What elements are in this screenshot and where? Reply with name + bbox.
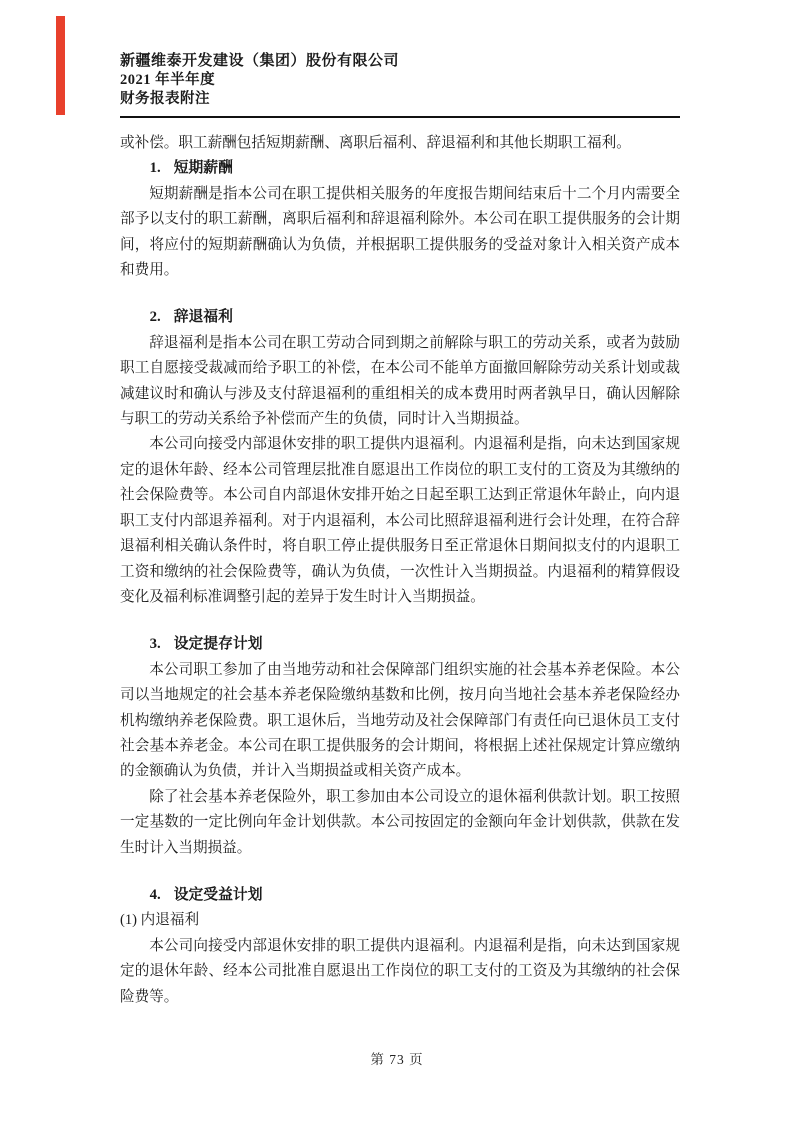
section-heading-4: 4.设定受益计划: [120, 883, 680, 908]
page-content: 新疆维泰开发建设（集团）股份有限公司 2021 年半年度 财务报表附注 或补偿。…: [120, 52, 680, 1010]
section-paragraph: 本公司向接受内部退休安排的职工提供内退福利。内退福利是指，向未达到国家规定的退休…: [120, 934, 680, 1010]
section-defined-benefit-plan: 4.设定受益计划 (1) 内退福利 本公司向接受内部退休安排的职工提供内退福利。…: [120, 883, 680, 1010]
section-title: 辞退福利: [174, 309, 233, 325]
section-paragraph: 辞退福利是指本公司在职工劳动合同到期之前解除与职工的劳动关系，或者为鼓励职工自愿…: [120, 331, 680, 433]
document-page: 新疆维泰开发建设（集团）股份有限公司 2021 年半年度 财务报表附注 或补偿。…: [0, 0, 794, 1123]
sub-item-label: (1) 内退福利: [120, 908, 680, 933]
company-name: 新疆维泰开发建设（集团）股份有限公司: [120, 52, 680, 71]
intro-paragraph: 或补偿。职工薪酬包括短期薪酬、离职后福利、辞退福利和其他长期职工福利。: [120, 131, 680, 156]
page-number: 第 73 页: [0, 1048, 794, 1068]
section-title: 设定受益计划: [174, 887, 263, 903]
revision-marker-bar: [56, 16, 65, 115]
section-paragraph: 除了社会基本养老保险外，职工参加由本公司设立的退休福利供款计划。职工按照一定基数…: [120, 785, 680, 861]
report-period: 2021 年半年度: [120, 71, 680, 90]
section-number: 2.: [150, 309, 161, 325]
section-heading-1: 1.短期薪酬: [120, 156, 680, 181]
header-divider: [120, 116, 680, 118]
section-title: 设定提存计划: [174, 636, 263, 652]
section-paragraph: 本公司职工参加了由当地劳动和社会保障部门组织实施的社会基本养老保险。本公司以当地…: [120, 658, 680, 785]
document-header: 新疆维泰开发建设（集团）股份有限公司 2021 年半年度 财务报表附注: [120, 52, 680, 118]
section-heading-2: 2.辞退福利: [120, 305, 680, 330]
section-number: 1.: [150, 160, 161, 176]
section-paragraph: 本公司向接受内部退休安排的职工提供内退福利。内退福利是指，向未达到国家规定的退休…: [120, 432, 680, 610]
section-title: 短期薪酬: [174, 160, 233, 176]
section-heading-3: 3.设定提存计划: [120, 632, 680, 657]
section-termination-benefits: 2.辞退福利 辞退福利是指本公司在职工劳动合同到期之前解除与职工的劳动关系，或者…: [120, 305, 680, 610]
section-number: 3.: [150, 636, 161, 652]
section-paragraph: 短期薪酬是指本公司在职工提供相关服务的年度报告期间结束后十二个月内需要全部予以支…: [120, 182, 680, 284]
section-number: 4.: [150, 887, 161, 903]
section-short-term-compensation: 1.短期薪酬 短期薪酬是指本公司在职工提供相关服务的年度报告期间结束后十二个月内…: [120, 156, 680, 283]
section-defined-contribution-plan: 3.设定提存计划 本公司职工参加了由当地劳动和社会保障部门组织实施的社会基本养老…: [120, 632, 680, 861]
document-body: 或补偿。职工薪酬包括短期薪酬、离职后福利、辞退福利和其他长期职工福利。 1.短期…: [120, 131, 680, 1010]
document-title: 财务报表附注: [120, 90, 680, 109]
